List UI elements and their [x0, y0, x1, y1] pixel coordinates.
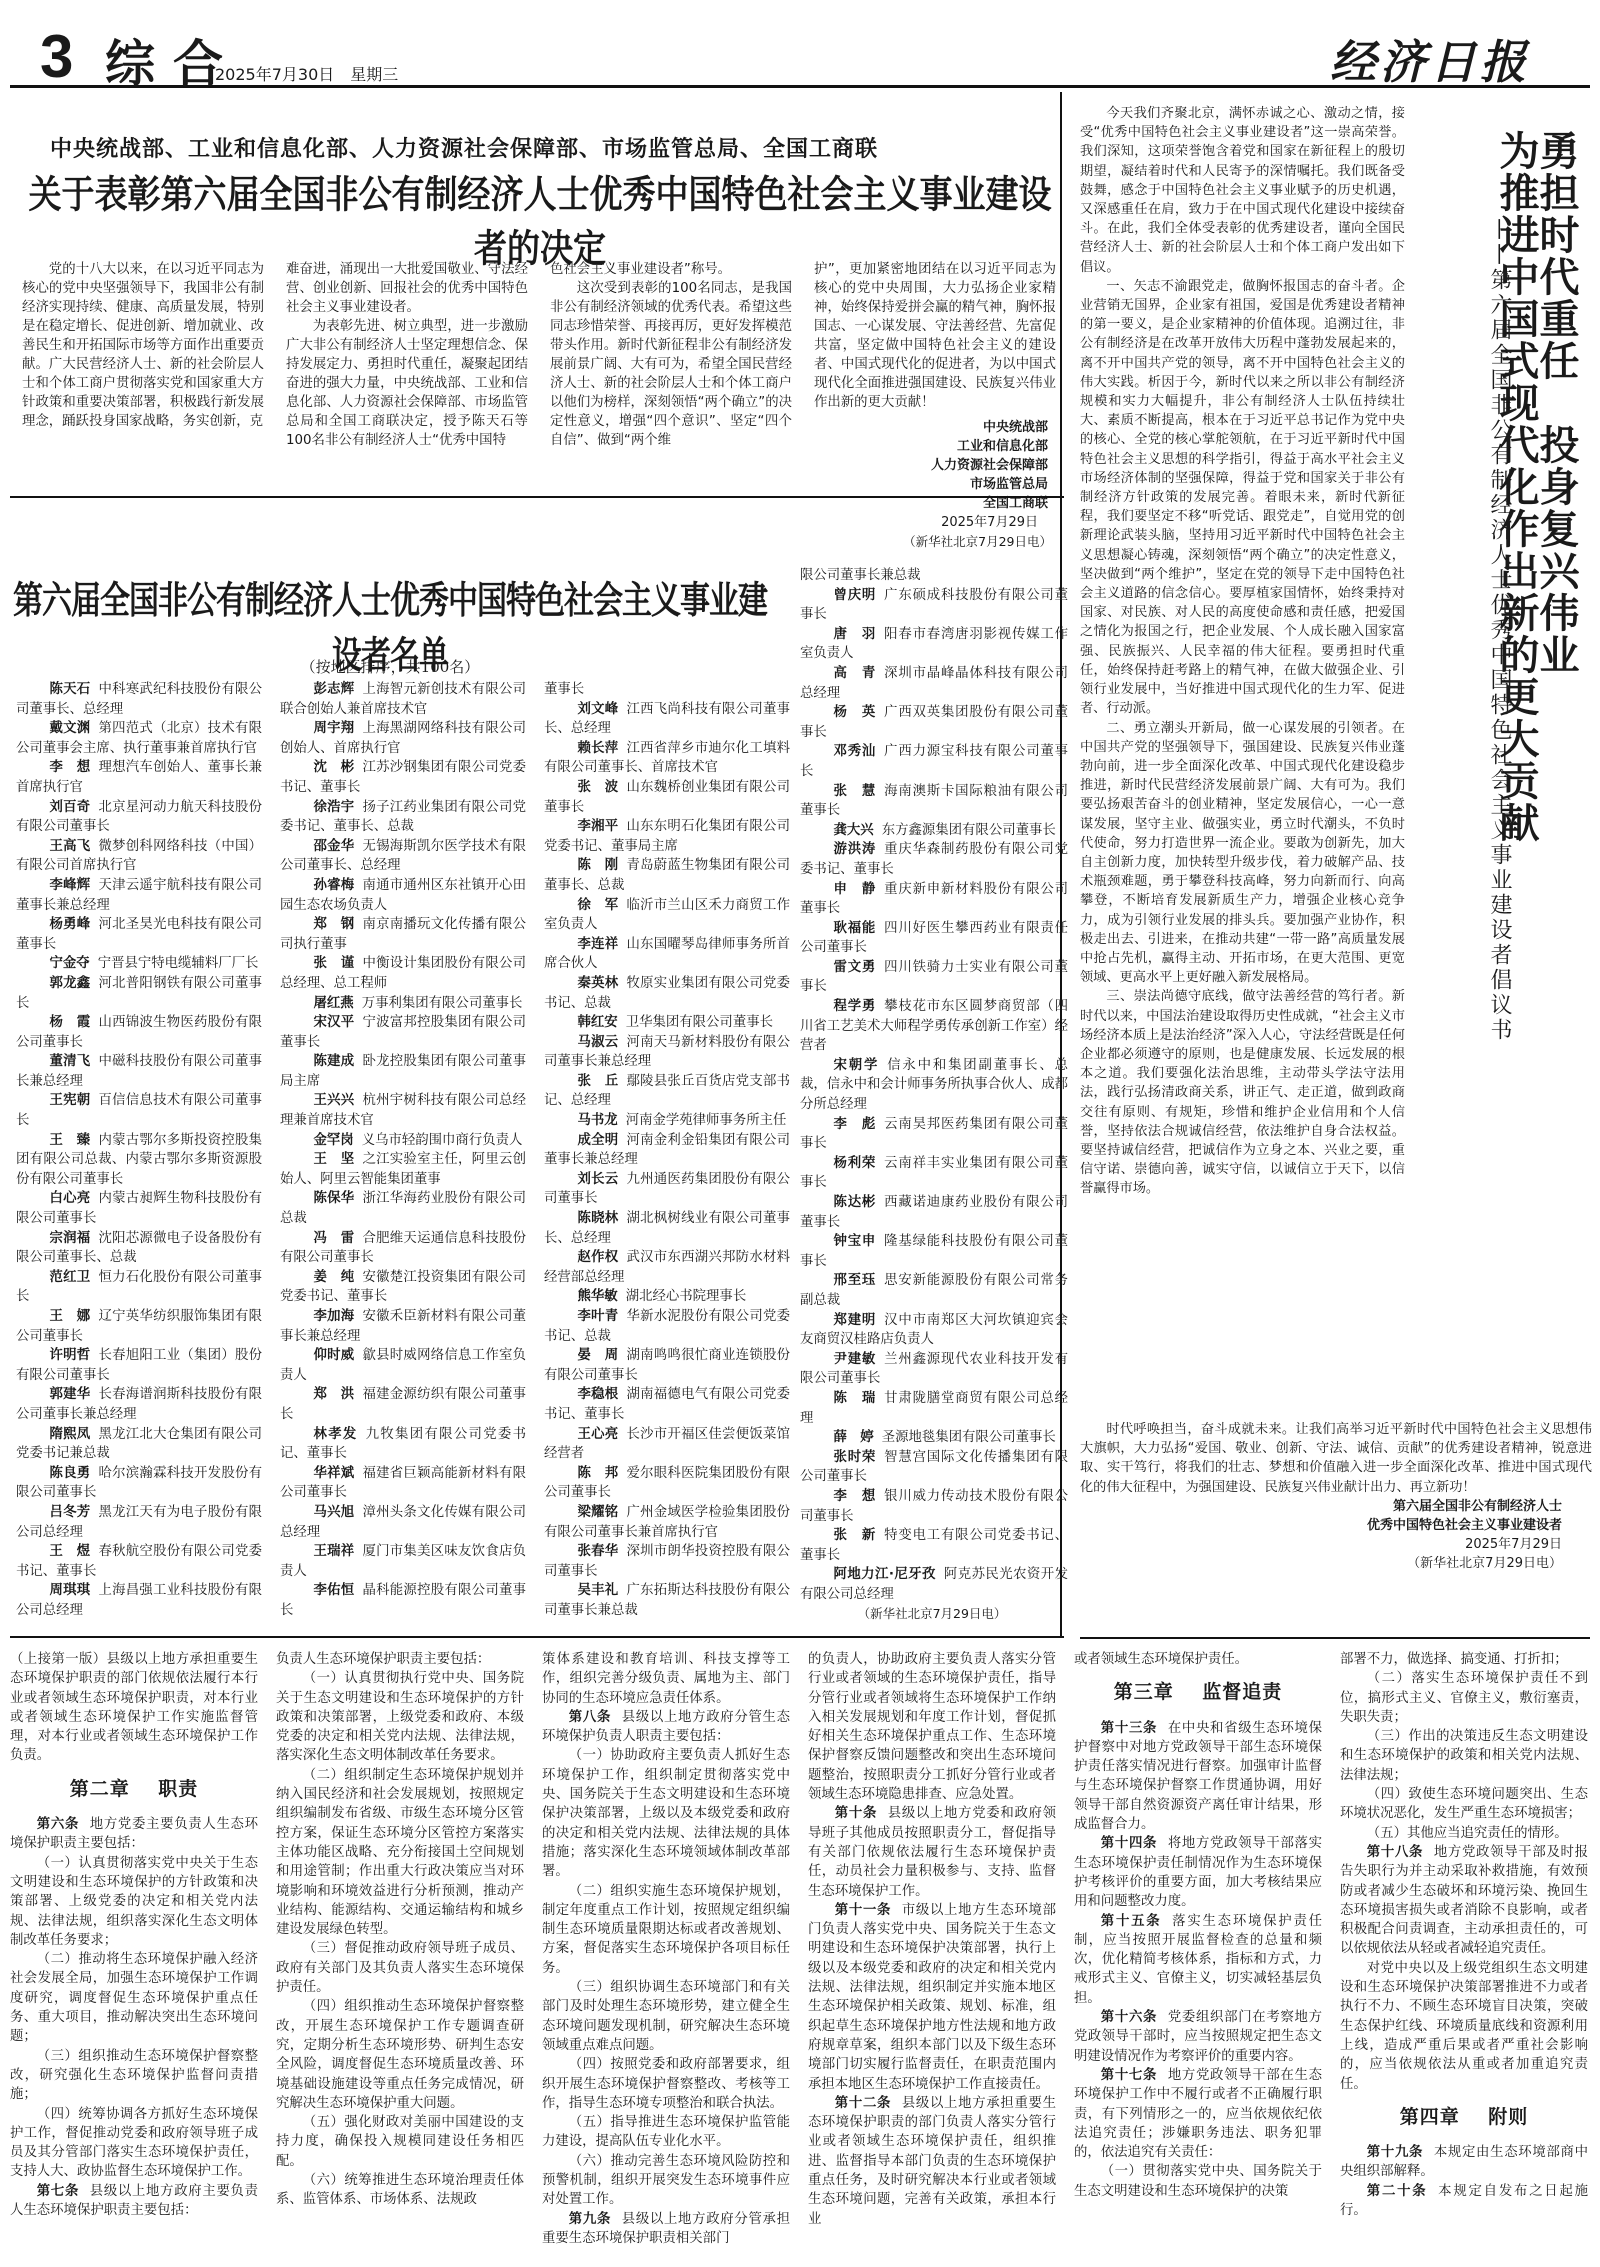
regulation-column: 部署不力，做选择、搞变通、打折扣；（二）落实生态环境保护责任不到位，搞形式主义、… [1340, 1650, 1588, 2248]
person-name: 王兴兴 [314, 1093, 355, 1108]
newspaper-logo: 经济日报 [1330, 26, 1530, 92]
issue-date: 2025年7月30日星期三 [215, 62, 398, 85]
person-name: 尹建敏 [834, 1352, 877, 1367]
namelist-entry: 李峰辉天津云遥宇航科技有限公司董事长兼总经理 [16, 876, 262, 915]
namelist-entry: 张 波山东魏桥创业集团有限公司董事长 [544, 778, 790, 817]
article-text: 负责人生态环境保护职责主要包括： [276, 1652, 490, 1667]
namelist-entry: 董清飞中磁科技股份有限公司董事长兼总经理 [16, 1052, 262, 1091]
namelist-entry: 杨 英广西双英集团股份有限公司董事长 [800, 703, 1068, 742]
person-name: 李叶青 [578, 1309, 619, 1324]
article-text: （五）指导推进生态环境保护监管能力建设，提高队伍专业化水平。 [542, 2115, 790, 2149]
person-name: 马兴旭 [314, 1505, 355, 1520]
namelist-entry: 杨利荣云南祥丰实业集团有限公司董事长 [800, 1154, 1068, 1193]
namelist-entry: 林孝发九牧集团有限公司党委书记、董事长 [280, 1425, 526, 1464]
paragraph: 三、崇法尚德守底线，做守法善经营的笃行者。新时代以来，中国法治建设取得历史性成就… [1080, 987, 1405, 1198]
namelist-entry: 薛 婷圣源地毯集团有限公司董事长 [800, 1428, 1068, 1448]
article-text: 县级以上地方承担重要生态环境保护职责的部门负责人落实分管行业或者领域生态环境保护… [808, 2096, 1056, 2227]
namelist-entry: 孙睿梅南通市通州区东社镇开心田园生态农场负责人 [280, 876, 526, 915]
person-name: 马书龙 [578, 1113, 618, 1128]
namelist-entry: 王宪朝百信信息技术有限公司董事长 [16, 1091, 262, 1130]
initiative-closing: 时代呼唤担当，奋斗成就未来。让我们高举习近平新时代中国特色社会主义思想伟大旗帜，… [1080, 1420, 1592, 1573]
namelist-entry: 赵作权武汉市东西湖兴邦防水材料经营部总经理 [544, 1248, 790, 1287]
person-name: 陈良勇 [50, 1466, 91, 1481]
article-text: （五）其他应当追究责任的情形。 [1367, 1826, 1568, 1841]
article-text: （二）组织制定生态环境保护规划并纳入国民经济和社会发展规划，按照规定组织编制发布… [276, 1768, 524, 1937]
chapter-number: 第二章 [70, 1778, 130, 1800]
person-name: 唐 羽 [834, 627, 877, 642]
person-name: 宋朝学 [834, 1058, 880, 1073]
article-text: （三）组织协调生态环境部门和有关部门及时处理生态环境形势，建立健全生态环境问题发… [542, 1980, 790, 2053]
paragraph: 第十九条本规定由生态环境部商中央组织部解释。 [1340, 2143, 1588, 2182]
namelist-entry: 李 想理想汽车创始人、董事长兼首席执行官 [16, 758, 262, 797]
namelist-entry: 马兴旭漳州头条文化传媒有限公司总经理 [280, 1503, 526, 1542]
person-name: 张 丘 [578, 1074, 619, 1089]
person-name: 邢至珏 [834, 1273, 877, 1288]
person-name: 郑 洪 [314, 1387, 355, 1402]
decision-issuing-orgs: 中央统战部、工业和信息化部、人力资源社会保障部、市场监管总局、全国工商联 [50, 132, 878, 163]
paragraph: （四）按照党委和政府部署要求，组织开展生态环境保护督察整改、考核等工作，指导生态… [542, 2055, 790, 2113]
paragraph: 为表彰先进、树立典型，进一步激励广大非公有制经济人士坚定理想信念、保持发展定力、… [286, 317, 528, 450]
decision-column: 党的十八大以来，在以习近平同志为核心的党中央坚强领导下，我国非公有制经济实现持续… [22, 260, 264, 551]
person-name: 曾庆明 [834, 588, 877, 603]
person-name: 成全明 [578, 1133, 619, 1148]
initiative-article: 今天我们齐聚北京，满怀赤诚之心、激动之情，接受“优秀中国特色社会主义事业建设者”… [1080, 104, 1405, 1199]
person-name: 李 想 [834, 1489, 877, 1504]
signer-org: 中央统战部 [814, 418, 1048, 437]
person-name: 郭建华 [50, 1387, 91, 1402]
person-name: 戴文渊 [50, 721, 91, 736]
namelist-entry: 戴文渊第四范式（北京）技术有限公司董事会主席、执行董事兼首席执行官 [16, 719, 262, 758]
namelist-entry: 邵金华无锡海斯凯尔医学技术有限公司董事长、总经理 [280, 837, 526, 876]
paragraph: 第十六条党委组织部门在考察地方党政领导干部时，应当按照规定把生态文明建设情况作为… [1074, 2008, 1322, 2066]
paragraph: 第十条县级以上地方党委和政府领导班子其他成员按照职责分工，督促指导有关部门依规依… [808, 1804, 1056, 1900]
person-name: 李稳根 [578, 1387, 619, 1402]
person-name: 陈 邦 [578, 1466, 619, 1481]
person-name: 张 新 [834, 1528, 877, 1543]
person-name: 钟宝申 [834, 1234, 877, 1249]
article-text: （四）致使生态环境问题突出、生态环境状况恶化，发生严重生态环境损害； [1340, 1787, 1588, 1821]
person-name: 陈晓林 [578, 1211, 619, 1226]
section-name: 综合 [105, 24, 241, 96]
namelist-entry: 白心亮内蒙古昶辉生物科技股份有限公司董事长 [16, 1189, 262, 1228]
paragraph: （二）组织制定生态环境保护规划并纳入国民经济和社会发展规划，按照规定组织编制发布… [276, 1766, 524, 1940]
namelist-entry: 王兴兴杭州宇树科技有限公司总经理兼首席技术官 [280, 1091, 526, 1130]
person-name: 耿福能 [834, 921, 877, 936]
regulation-column: 的负责人，协助政府主要负责人落实分管行业或者领域的生态环境保护责任，指导分管行业… [808, 1650, 1056, 2248]
person-name: 姜 纯 [314, 1270, 355, 1285]
paragraph: （一）协助政府主要负责人抓好生态环境保护工作，组织制定贯彻落实党中央、国务院关于… [542, 1746, 790, 1881]
person-name: 秦英林 [578, 976, 619, 991]
namelist-entry: 陈 邦爱尔眼科医院集团股份有限公司董事长 [544, 1464, 790, 1503]
article-text: （一）协助政府主要负责人抓好生态环境保护工作，组织制定贯彻落实党中央、国务院关于… [542, 1748, 790, 1879]
namelist-entry: 许明哲长春旭阳工业（集团）股份有限公司董事长 [16, 1346, 262, 1385]
article-text: （四）组织推动生态环境保护督察整改，开展生态环境保护工作专题调查研究，定期分析生… [276, 1999, 524, 2110]
person-name: 郑建明 [834, 1313, 877, 1328]
person-title: 东方鑫源集团有限公司董事长 [882, 823, 1056, 838]
namelist-entry: 张 丘鄢陵县张丘百货店党支部书记、总经理 [544, 1072, 790, 1111]
person-title: 圣源地毯集团有限公司董事长 [882, 1430, 1056, 1445]
divider [10, 1636, 1064, 1638]
namelist-entry: 陈良勇哈尔滨瀚霖科技开发股份有限公司董事长 [16, 1464, 262, 1503]
person-name: 林孝发 [314, 1427, 358, 1442]
namelist-entry: 隋熙凤黑龙江北大仓集团有限公司党委书记兼总裁 [16, 1425, 262, 1464]
person-name: 陈建成 [314, 1054, 355, 1069]
person-name: 李峰辉 [50, 878, 91, 893]
paragraph: （五）强化财政对美丽中国建设的支持力度，确保投入规模同建设任务相匹配。 [276, 2113, 524, 2171]
namelist-entry: 李湘平山东东明石化集团有限公司党委书记、董事局主席 [544, 817, 790, 856]
initiative-date: 2025年7月29日 [1080, 1535, 1592, 1554]
person-name: 张春华 [578, 1544, 619, 1559]
namelist-column: 陈天石中科寒武纪科技股份有限公司董事长、总经理戴文渊第四范式（北京）技术有限公司… [16, 680, 262, 1621]
paragraph: （五）指导推进生态环境保护监管能力建设，提高队伍专业化水平。 [542, 2113, 790, 2152]
regulation-column: （上接第一版）县级以上地方承担重要生态环境保护职责的部门依规依法履行本行业或者领… [10, 1650, 258, 2248]
decision-date: 2025年7月29日 [814, 513, 1056, 532]
paragraph: 第九条县级以上地方政府分管承担重要生态环境保护职责相关部门 [542, 2210, 790, 2249]
namelist-entry: 李佑恒晶科能源控股有限公司董事长 [280, 1581, 526, 1620]
namelist-entry: 李 彪云南昊邦医药集团有限公司董事长 [800, 1115, 1068, 1154]
person-name: 郭龙鑫 [50, 976, 91, 991]
namelist-entry: 耿福能四川好医生攀西药业有限责任公司董事长 [800, 919, 1068, 958]
person-name: 王 煜 [50, 1544, 91, 1559]
person-name: 刘长云 [578, 1172, 619, 1187]
person-name: 董清飞 [50, 1054, 91, 1069]
entry-continued: 限公司董事长兼总裁 [800, 566, 1068, 586]
article-text: 或者领域生态环境保护责任。 [1074, 1652, 1248, 1667]
paragraph: 第七条县级以上地方政府主要负责人生态环境保护职责主要包括： [10, 2182, 258, 2221]
namelist-entry: 屠红燕万事利集团有限公司董事长 [280, 994, 526, 1014]
article-number: 第十八条 [1367, 1845, 1423, 1860]
namelist-entry: 张时荣智慧宫国际文化传播集团有限公司董事长 [800, 1448, 1068, 1487]
person-name: 梁耀铭 [578, 1505, 619, 1520]
person-name: 吕冬芳 [50, 1505, 91, 1520]
person-name: 熊华敏 [578, 1289, 618, 1304]
person-name: 赵作权 [578, 1250, 619, 1265]
paragraph: （一）贯彻落实党中央、国务院关于生态文明建设和生态环境保护的决策 [1074, 2162, 1322, 2201]
paragraph: （三）作出的决策违反生态文明建设和生态环境保护的政策和相关党内法规、法律法规； [1340, 1727, 1588, 1785]
person-name: 陈天石 [50, 682, 91, 697]
paragraph: （五）其他应当追究责任的情形。 [1340, 1824, 1588, 1843]
paragraph: 一、矢志不渝跟党走，做胸怀报国志的奋斗者。企业营销无国界，企业家有祖国，爱国是优… [1080, 277, 1405, 719]
namelist-column: 限公司董事长兼总裁曾庆明广东硕成科技股份有限公司董事长唐 羽阳春市春湾唐羽影视传… [800, 566, 1068, 1623]
namelist-entry: 陈保华浙江华海药业股份有限公司总裁 [280, 1189, 526, 1228]
paragraph: （二）组织实施生态环境保护规划，制定年度重点工作计划，按照规定组织编制生态环境质… [542, 1882, 790, 1978]
paragraph: 第十四条将地方党政领导干部落实生态环境保护责任制情况作为生态环境保护考核评价的重… [1074, 1834, 1322, 1911]
article-text: 部署不力，做选择、搞变通、打折扣； [1340, 1652, 1568, 1667]
article-text: 在中央和省级生态环境保护督察中对地方党政领导干部生态环境保护责任落实情况进行督察… [1074, 1721, 1322, 1832]
namelist-entry: 阿地力江·尼牙孜阿克苏民光农资开发有限公司总经理 [800, 1565, 1068, 1604]
person-name: 李 想 [50, 760, 91, 775]
initiative-subtitle: ——第六届全国非公有制经济人士优秀中国特色社会主义事业建设者倡议书 [1488, 218, 1510, 1043]
person-name: 程学勇 [834, 999, 877, 1014]
paragraph: 第二十条本规定自发布之日起施行。 [1340, 2182, 1588, 2221]
person-name: 王 坚 [314, 1152, 355, 1167]
namelist-entry: 李叶青华新水泥股份有限公司党委书记、总裁 [544, 1307, 790, 1346]
namelist-entry: 梁耀铭广州金域医学检验集团股份有限公司董事长兼首席执行官 [544, 1503, 790, 1542]
paragraph: （四）组织推动生态环境保护督察整改，开展生态环境保护工作专题调查研究，定期分析生… [276, 1997, 524, 2113]
namelist-entry: 陈晓林湖北枫树线业有限公司董事长、总经理 [544, 1209, 790, 1248]
person-name: 周宇翔 [314, 721, 355, 736]
decision-column: 难奋进，涌现出一大批爱国敬业、守法经营、创业创新、回报社会的优秀中国特色社会主义… [286, 260, 528, 551]
paragraph: （六）推动完善生态环境风险防控和预警机制，组织开展突发生态环境事件应对处置工作。 [542, 2152, 790, 2210]
article-text: （四）统筹协调各方抓好生态环境保护工作，督促推动党委和政府领导班子成员及其分管部… [10, 2107, 258, 2180]
person-name: 彭志辉 [314, 682, 355, 697]
namelist-entry: 宗润福沈阳芯源微电子设备股份有限公司董事长、总裁 [16, 1229, 262, 1268]
namelist-entry: 张 谨中衡设计集团股份有限公司总经理、总工程师 [280, 954, 526, 993]
person-name: 陈 刚 [578, 858, 619, 873]
paragraph: 时代呼唤担当，奋斗成就未来。让我们高举习近平新时代中国特色社会主义思想伟大旗帜，… [1080, 1420, 1592, 1497]
article-text: （一）贯彻落实党中央、国务院关于生态文明建设和生态环境保护的决策 [1074, 2164, 1322, 2198]
namelist-entry: 李加海安徽禾臣新材料有限公司董事长兼总经理 [280, 1307, 526, 1346]
signer-org: 市场监管总局 [814, 475, 1048, 494]
namelist-entry: 徐浩宇扬子江药业集团有限公司党委书记、董事长、总裁 [280, 798, 526, 837]
masthead: 3 综合 2025年7月30日星期三 经济日报 [10, 0, 1590, 88]
page-number: 3 [40, 22, 73, 91]
namelist-entry: 仰时威歙县时威网络信息工作室负责人 [280, 1346, 526, 1385]
namelist-entry: 刘百奇北京星河动力航天科技股份有限公司董事长 [16, 798, 262, 837]
person-name: 杨勇峰 [50, 917, 91, 932]
namelist-entry: 彭志辉上海智元新创技术有限公司联合创始人兼首席技术官 [280, 680, 526, 719]
person-name: 杨 英 [834, 705, 877, 720]
date-text: 2025年7月30日 [215, 65, 334, 84]
paragraph: 二、勇立潮头开新局，做一心谋发展的引领者。在中国共产党的坚强领导下，强国建设、民… [1080, 719, 1405, 988]
person-name: 王 娜 [50, 1309, 91, 1324]
namelist-entry: 曾庆明广东硕成科技股份有限公司董事长 [800, 586, 1068, 625]
person-title: 义乌市轻韵围巾商行负责人 [362, 1133, 523, 1148]
person-name: 杨 霞 [50, 1015, 91, 1030]
chapter-heading: 第四章附则 [1340, 2108, 1588, 2127]
paragraph: （四）统筹协调各方抓好生态环境保护工作，督促推动党委和政府领导班子成员及其分管部… [10, 2105, 258, 2182]
person-name: 宗润福 [50, 1231, 91, 1246]
person-name: 龚大兴 [834, 823, 874, 838]
namelist-entry: 郑 洪福建金源纺织有限公司董事长 [280, 1385, 526, 1424]
article-number: 第十条 [835, 1806, 877, 1821]
initiative-source: （新华社北京7月29日电） [1080, 1554, 1592, 1573]
namelist-entry: 杨 霞山西锦波生物医药股份有限公司董事长 [16, 1013, 262, 1052]
namelist-entry: 马书龙河南金学苑律师事务所主任 [544, 1111, 790, 1131]
person-name: 薛 婷 [834, 1430, 874, 1445]
person-name: 李湘平 [578, 819, 619, 834]
person-name: 白心亮 [50, 1191, 91, 1206]
person-name: 张 慧 [834, 784, 877, 799]
namelist-entry: 申 静重庆新申新材料股份有限公司董事长 [800, 880, 1068, 919]
person-title: 河南金学苑律师事务所主任 [626, 1113, 787, 1128]
article-number: 第十一条 [835, 1903, 891, 1918]
paragraph: （一）认真贯彻落实党中央关于生态文明建设和生态环境保护的方针政策和决策部署、上级… [10, 1854, 258, 1950]
namelist-entry: 王 臻内蒙古鄂尔多斯投资控股集团有限公司总裁、内蒙古鄂尔多斯资源股份有限公司董事… [16, 1131, 262, 1190]
divider [1080, 1637, 1590, 1639]
paragraph: 护”，更加紧密地团结在以习近平同志为核心的党中央周围，大力弘扬企业家精神，始终保… [814, 260, 1056, 412]
person-name: 高 青 [834, 666, 877, 681]
namelist-entry: 郭建华长春海谱润斯科技股份有限公司董事长兼总经理 [16, 1385, 262, 1424]
namelist-entry: 杨勇峰河北圣昊光电科技有限公司董事长 [16, 915, 262, 954]
decision-column: 护”，更加紧密地团结在以习近平同志为核心的党中央周围，大力弘扬企业家精神，始终保… [814, 260, 1056, 551]
chapter-heading: 第二章职责 [10, 1780, 258, 1799]
decision-title: 关于表彰第六届全国非公有制经济人士优秀中国特色社会主义事业建设者的决定 [20, 165, 1060, 273]
namelist-entry: 李稳根湖南福德电气有限公司党委书记、董事长 [544, 1385, 790, 1424]
namelist-entry: 郑 钢南京南播玩文化传播有限公司执行董事 [280, 915, 526, 954]
article-number: 第十七条 [1101, 2068, 1157, 2083]
namelist-source: （新华社北京7月29日电） [800, 1604, 1068, 1623]
namelist-entry: 雷文勇四川铁骑力士实业有限公司董事长 [800, 958, 1068, 997]
paragraph: （三）组织推动生态环境保护督察整改，研究强化生态环境保护监督问责措施； [10, 2047, 258, 2105]
namelist-entry: 冯 雷合肥维天运通信息科技股份有限公司董事长 [280, 1229, 526, 1268]
paragraph: （三）督促推动政府领导班子成员、政府有关部门及其负责人落实生态环境保护责任。 [276, 1939, 524, 1997]
namelist-entry: 陈 刚青岛蔚蓝生物集团有限公司董事长、总裁 [544, 856, 790, 895]
namelist-entry: 王心亮长沙市开福区佳尝便饭菜馆经营者 [544, 1425, 790, 1464]
namelist-entry: 郭龙鑫河北普阳钢铁有限公司董事长 [16, 974, 262, 1013]
namelist-entry: 赖长萍江西省萍乡市迪尔化工填料有限公司董事长、首席技术官 [544, 739, 790, 778]
initiative-closing-paragraph: 时代呼唤担当，奋斗成就未来。让我们高举习近平新时代中国特色社会主义思想伟大旗帜，… [1080, 1420, 1592, 1497]
namelist-entry: 游洪涛重庆华森制药股份有限公司党委书记、董事长 [800, 840, 1068, 879]
namelist-entry: 沈 彬江苏沙钢集团有限公司党委书记、董事长 [280, 758, 526, 797]
paragraph: 第十一条市级以上地方生态环境部门负责人落实党中央、国务院关于生态文明建设和生态环… [808, 1901, 1056, 2094]
regulation-column: 负责人生态环境保护职责主要包括：（一）认真贯彻执行党中央、国务院关于生态文明建设… [276, 1650, 524, 2248]
person-name: 晏 周 [578, 1348, 619, 1363]
chapter-number: 第三章 [1114, 1681, 1174, 1703]
namelist-entry: 陈建成卧龙控股集团有限公司董事局主席 [280, 1052, 526, 1091]
namelist-subtitle: （按地区排序，共100名） [10, 656, 770, 677]
namelist-entry: 秦英林牧原实业集团有限公司党委书记、总裁 [544, 974, 790, 1013]
article-number: 第八条 [569, 1710, 611, 1725]
article-number: 第十二条 [835, 2096, 891, 2111]
person-name: 仰时威 [314, 1348, 355, 1363]
namelist-entry: 华祥斌福建省巨颖高能新材料有限公司董事长 [280, 1464, 526, 1503]
initiative-body: 今天我们齐聚北京，满怀赤诚之心、激动之情，接受“优秀中国特色社会主义事业建设者”… [1080, 104, 1405, 1199]
paragraph: 部署不力，做选择、搞变通、打折扣； [1340, 1650, 1588, 1669]
paragraph: 策体系建设和教育培训、科技支撑等工作，组织完善分级负责、属地为主、部门协同的生态… [542, 1650, 790, 1708]
namelist-entry: 宋汉平宁波富邦控股集团有限公司董事长 [280, 1013, 526, 1052]
article-number: 第九条 [569, 2212, 611, 2227]
person-name: 赖长萍 [578, 741, 619, 756]
paragraph: 第十八条地方党政领导干部及时报告失职行为并主动采取补救措施，有效预防或者减少生态… [1340, 1843, 1588, 1959]
article-text: （三）督促推动政府领导班子成员、政府有关部门及其负责人落实生态环境保护责任。 [276, 1941, 524, 1995]
namelist-entry: 王 娜辽宁英华纺织服饰集团有限公司董事长 [16, 1307, 262, 1346]
person-name: 陈保华 [314, 1191, 355, 1206]
namelist-entry: 高 青深圳市晶峰晶体科技有限公司总经理 [800, 664, 1068, 703]
person-name: 隋熙凤 [50, 1427, 91, 1442]
article-number: 第十九条 [1367, 2145, 1423, 2160]
person-title: 湖北经心书院理事长 [626, 1289, 747, 1304]
person-name: 吴丰礼 [578, 1583, 619, 1598]
regulation-column: 策体系建设和教育培训、科技支撑等工作，组织完善分级负责、属地为主、部门协同的生态… [542, 1650, 790, 2248]
namelist-entry: 郑建明汉中市南郑区大河坎镇迎宾会友商贸汉桂路店负责人 [800, 1311, 1068, 1350]
article-text: （二）组织实施生态环境保护规划，制定年度重点工作计划，按照规定组织编制生态环境质… [542, 1884, 790, 1976]
namelist-entry: 刘文峰江西飞尚科技有限公司董事长、总经理 [544, 700, 790, 739]
article-text: （五）强化财政对美丽中国建设的支持力度，确保投入规模同建设任务相匹配。 [276, 2115, 524, 2169]
paragraph: （六）统筹推进生态环境治理责任体系、监管体系、市场体系、法规政 [276, 2171, 524, 2210]
article-text: 地方党政领导干部及时报告失职行为并主动采取补救措施，有效预防或者减少生态破坏和环… [1340, 1845, 1588, 1956]
person-name: 陈达彬 [834, 1195, 877, 1210]
paragraph: 第六条地方党委主要负责人生态环境保护职责主要包括： [10, 1815, 258, 1854]
person-title: 万事利集团有限公司董事长 [362, 996, 523, 1011]
person-name: 王瑞祥 [314, 1544, 355, 1559]
person-name: 杨利荣 [834, 1156, 877, 1171]
paragraph: 第八条县级以上地方政府分管生态环境保护负责人职责主要包括： [542, 1708, 790, 1747]
person-name: 李 彪 [834, 1117, 877, 1132]
paragraph: 第十七条地方党政领导干部在生态环境保护工作中不履行或者不正确履行职责，有下列情形… [1074, 2066, 1322, 2162]
article-number: 第十四条 [1101, 1836, 1157, 1851]
decision-signers: 中央统战部工业和信息化部人力资源社会保障部市场监管总局全国工商联 [814, 418, 1056, 513]
paragraph: 的负责人，协助政府主要负责人落实分管行业或者领域的生态环境保护责任，指导分管行业… [808, 1650, 1056, 1804]
article-text: （三）作出的决策违反生态文明建设和生态环境保护的政策和相关党内法规、法律法规； [1340, 1729, 1588, 1783]
namelist-entry: 李连祥山东国曜琴岛律师事务所首席合伙人 [544, 935, 790, 974]
namelist-entry: 尹建敏兰州鑫源现代农业科技开发有限公司董事长 [800, 1350, 1068, 1389]
paragraph: 第十二条县级以上地方承担重要生态环境保护职责的部门负责人落实分管行业或者领域生态… [808, 2094, 1056, 2229]
person-name: 周琪琪 [50, 1583, 91, 1598]
signer-org: 工业和信息化部 [814, 437, 1048, 456]
person-name: 韩红安 [578, 1015, 618, 1030]
person-name: 王 臻 [50, 1133, 91, 1148]
namelist-entry: 陈 瑞甘肃陇膳堂商贸有限公司总经理 [800, 1389, 1068, 1428]
paragraph: 负责人生态环境保护职责主要包括： [276, 1650, 524, 1669]
decision-body: 党的十八大以来，在以习近平同志为核心的党中央坚强领导下，我国非公有制经济实现持续… [22, 260, 1062, 551]
chapter-name: 监督追责 [1202, 1681, 1282, 1703]
namelist-column: 董事长刘文峰江西飞尚科技有限公司董事长、总经理赖长萍江西省萍乡市迪尔化工填料有限… [544, 680, 790, 1621]
namelist-entry: 陈达彬西藏诺迪康药业股份有限公司董事长 [800, 1193, 1068, 1232]
paragraph: 今天我们齐聚北京，满怀赤诚之心、激动之情，接受“优秀中国特色社会主义事业建设者”… [1080, 104, 1405, 277]
chapter-number: 第四章 [1400, 2106, 1460, 2128]
article-text: （六）推动完善生态环境风险防控和预警机制，组织开展突发生态环境事件应对处置工作。 [542, 2154, 790, 2208]
person-name: 李连祥 [578, 937, 619, 952]
person-name: 刘文峰 [578, 702, 619, 717]
person-name: 范红卫 [50, 1270, 91, 1285]
person-name: 邵金华 [314, 839, 355, 854]
namelist-entry: 吕冬芳黑龙江天有为电子股份有限公司总经理 [16, 1503, 262, 1542]
paragraph: 这次受到表彰的100名同志，是我国非公有制经济领域的优秀代表。希望这些同志珍惜荣… [550, 279, 792, 450]
article-text: 的负责人，协助政府主要负责人落实分管行业或者领域的生态环境保护责任，指导分管行业… [808, 1652, 1056, 1802]
person-name: 张 谨 [314, 956, 355, 971]
decision-column: 色社会主义事业建设者”称号。这次受到表彰的100名同志，是我国非公有制经济领域的… [550, 260, 792, 551]
person-name: 沈 彬 [314, 760, 355, 775]
namelist-entry: 张 慧海南澳斯卡国际粮油有限公司董事长 [800, 782, 1068, 821]
person-name: 郑 钢 [314, 917, 355, 932]
article-number: 第二十条 [1367, 2184, 1428, 2199]
namelist-entry: 王 坚之江实验室主任，阿里云创始人、阿里云智能集团董事 [280, 1150, 526, 1189]
paragraph: 对党中央以及上级党组织生态文明建设和生态环境保护决策部署推进不力或者执行不力、不… [1340, 1959, 1588, 2094]
namelist-entry: 宋朝学信永中和集团副董事长、总裁，信永中和会计师事务所执事合伙人、成都分所总经理 [800, 1056, 1068, 1115]
person-name: 马淑云 [578, 1035, 619, 1050]
namelist-entry: 张春华深圳市朗华投资控股有限公司董事长 [544, 1542, 790, 1581]
initiative-headline: 勇担时代重任 投身复兴伟业为推进中国式现代化作出新的更大贡献 ——第六届全国非公… [1408, 110, 1588, 1400]
namelist-entry: 姜 纯安徽楚江投资集团有限公司党委书记、董事长 [280, 1268, 526, 1307]
paragraph: （二）推动将生态环境保护融入经济社会发展全局，加强生态环境保护工作调度研究，调度… [10, 1950, 258, 2046]
person-name: 王高飞 [50, 839, 91, 854]
person-name: 邓秀汕 [834, 744, 877, 759]
namelist-entry: 韩红安卫华集团有限公司董事长 [544, 1013, 790, 1033]
person-name: 申 静 [834, 882, 877, 897]
paragraph: 难奋进，涌现出一大批爱国敬业、守法经营、创业创新、回报社会的优秀中国特色社会主义… [286, 260, 528, 317]
person-name: 张 波 [578, 780, 619, 795]
namelist-entry: 宁金夺宁晋县宁特电缆辅料厂厂长 [16, 954, 262, 974]
article-number: 第十五条 [1101, 1914, 1162, 1929]
paragraph: 第十五条落实生态环境保护责任制，应当按照开展监督检查的总量和频次，优化精简考核体… [1074, 1912, 1322, 2008]
person-name: 王宪朝 [50, 1093, 91, 1108]
person-name: 金罕岗 [314, 1133, 354, 1148]
namelist-entry: 王 煜春秋航空股份有限公司党委书记、董事长 [16, 1542, 262, 1581]
person-name: 屠红燕 [314, 996, 354, 1011]
initiative-signer: 第六届全国非公有制经济人士优秀中国特色社会主义事业建设者 [1080, 1497, 1592, 1535]
article-number: 第十三条 [1101, 1721, 1157, 1736]
chapter-name: 职责 [158, 1778, 198, 1800]
paragraph: 色社会主义事业建设者”称号。 [550, 260, 792, 279]
person-title: 卫华集团有限公司董事长 [626, 1015, 773, 1030]
article-text: （四）按照党委和政府部署要求，组织开展生态环境保护督察整改、考核等工作，指导生态… [542, 2057, 790, 2111]
person-name: 华祥斌 [314, 1466, 355, 1481]
person-name: 王心亮 [578, 1427, 619, 1442]
regulation-article: （上接第一版）县级以上地方承担重要生态环境保护职责的部门依规依法履行本行业或者领… [10, 1650, 1590, 2248]
person-name: 许明哲 [50, 1348, 91, 1363]
namelist-entry: 成全明河南金利金铅集团有限公司董事长兼总经理 [544, 1131, 790, 1170]
